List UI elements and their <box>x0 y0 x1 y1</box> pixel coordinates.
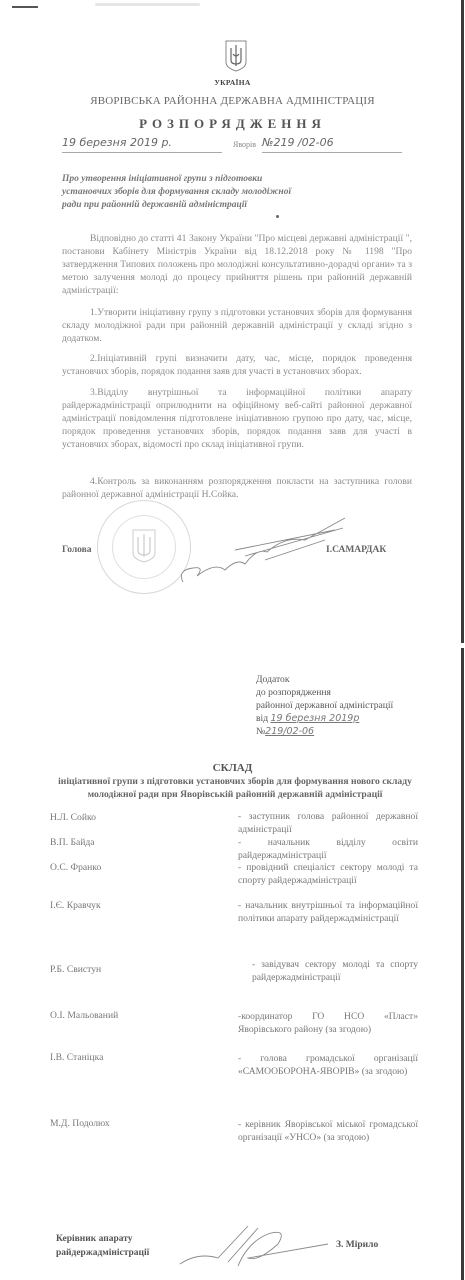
member-role: -координатор ГО НСО «Пласт» Яворівського… <box>238 1010 418 1036</box>
footer-role-line: Керівник апарату <box>56 1232 149 1246</box>
member-name: М.Д. Подолюх <box>50 1118 110 1129</box>
annex-date-prefix: від <box>256 713 268 724</box>
scan-artifact <box>12 6 38 8</box>
member-name: І.В. Станіцка <box>50 1052 103 1063</box>
item-2: 2.Ініціативній групі визначити дату, час… <box>62 352 412 378</box>
annex-number-prefix: № <box>256 726 265 737</box>
member-name: Н.Л. Сойко <box>50 812 96 823</box>
annex-header: Додаток до розпорядження районної держав… <box>256 673 393 738</box>
footer-signatory-role: Керівник апарату райдержадміністрації <box>56 1232 149 1260</box>
preamble: Відповідно до статті 41 Закону України "… <box>62 232 412 297</box>
item-4: 4.Контроль за виконанням розпорядження п… <box>62 475 412 501</box>
member-role: - начальник внутрішньої та інформаційної… <box>238 899 418 925</box>
item-1: 1.Утворити ініціативну групу з підготовк… <box>62 306 412 345</box>
scan-artifact <box>95 3 200 6</box>
annex-line: до розпорядження <box>256 686 393 699</box>
member-role: - провідний спеціаліст сектору молоді та… <box>238 861 418 887</box>
annex-line: Додаток <box>256 673 393 686</box>
decree-number: №219 /02-06 <box>262 136 334 149</box>
member-name: В.П. Байда <box>50 837 95 848</box>
footer-role-line: райдержадміністрації <box>56 1246 149 1260</box>
member-role: - завідувач сектору молоді та спорту рай… <box>252 958 418 984</box>
decree-subject: Про утворення ініціативної групи з підго… <box>62 173 302 212</box>
member-name: І.Є. Кравчук <box>50 900 101 911</box>
decree-date: 19 березня 2019 р. <box>62 136 172 149</box>
member-name: О.С. Франко <box>50 862 101 873</box>
member-name: О.І. Мальований <box>50 1010 118 1021</box>
signatory-role: Голова <box>62 545 92 555</box>
annex-number-row: №219/02-06 <box>256 725 393 738</box>
country-label: УКРАЇНА <box>0 78 465 87</box>
signature-icon <box>175 510 350 590</box>
member-role: - керівник Яворівської міської громадськ… <box>238 1118 418 1144</box>
member-role: - заступник голова районної державної ад… <box>238 810 418 836</box>
item-3: 3.Відділу внутрішньої та інформаційної п… <box>62 386 412 451</box>
coat-of-arms-icon <box>225 40 247 72</box>
document-type: РОЗПОРЯДЖЕННЯ <box>0 116 465 132</box>
signatory-name: І.САМАРДАК <box>326 545 386 555</box>
scan-border <box>461 648 464 1280</box>
annex-line: районної державної адміністрації <box>256 699 393 712</box>
administration-name: ЯВОРІВСЬКА РАЙОННА ДЕРЖАВНА АДМІНІСТРАЦІ… <box>0 95 465 107</box>
decree-place: Яворів <box>233 140 256 149</box>
stamp-coat-of-arms-icon <box>132 529 156 563</box>
composition-subtitle: ініціативної групи з підготовки установч… <box>40 775 430 801</box>
scan-artifact <box>276 215 279 218</box>
member-role: - голова громадської організації «САМООБ… <box>238 1052 418 1078</box>
annex-date-row: від 19 березня 2019р <box>256 712 393 725</box>
signature-icon <box>178 1222 338 1270</box>
annex-number: 219/02-06 <box>265 726 314 737</box>
composition-title: СКЛАД <box>0 762 465 774</box>
member-role: - начальник відділу освіти райдержадміні… <box>238 836 418 862</box>
footer-signatory-name: З. Мірило <box>336 1240 378 1250</box>
member-name: Р.Б. Свистун <box>50 964 101 975</box>
annex-date: 19 березня 2019р <box>270 713 359 724</box>
